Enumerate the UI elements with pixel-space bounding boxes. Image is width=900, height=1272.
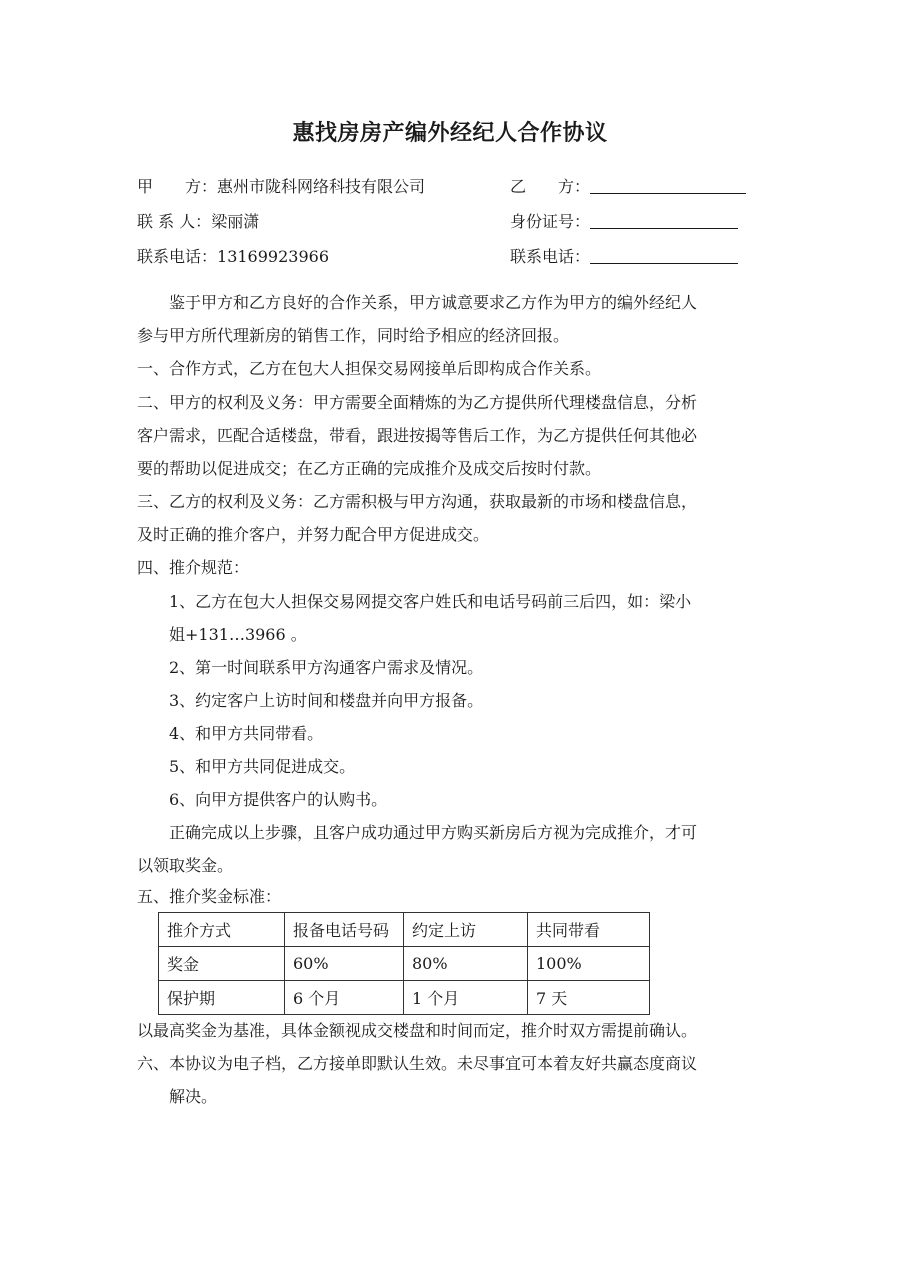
party-a-label-char1: 甲 [137, 177, 153, 196]
section-4-item-1a: 1、乙方在包大人担保交易网提交客户姓氏和电话号码前三后四，如：梁小 [169, 591, 691, 613]
agreement-page: 惠找房房产编外经纪人合作协议 甲方：惠州市陇科网络科技有限公司 乙方： 联 系 … [0, 0, 900, 1272]
section-4-item-6: 6、向甲方提供客户的认购书。 [169, 789, 387, 811]
party-a-contact-name: 梁丽潇 [211, 212, 259, 231]
table-cell: 1 个月 [404, 981, 528, 1015]
section-6-line-1: 六、本协议为电子档，乙方接单即默认生效。未尽事宜可本着友好共赢态度商议 [137, 1053, 697, 1075]
section-3-line-1: 三、乙方的权利及义务：乙方需积极与甲方沟通，获取最新的市场和楼盘信息， [137, 491, 697, 513]
table-cell: 保护期 [159, 981, 285, 1015]
section-4-item-1b: 姐+131…3966 。 [169, 624, 307, 646]
section-2-line-3: 要的帮助以促进成交；在乙方正确的完成推介及成交后按时付款。 [137, 458, 601, 480]
section-5-heading: 五、推介奖金标准： [137, 886, 281, 908]
party-b-id-label: 身份证号： [510, 212, 590, 231]
party-a-row: 甲方：惠州市陇科网络科技有限公司 [137, 176, 425, 198]
party-b-label-char1: 乙 [510, 177, 526, 196]
section-4-heading: 四、推介规范： [137, 557, 249, 579]
section-4-item-3: 3、约定客户上访时间和楼盘并向甲方报备。 [169, 690, 483, 712]
section-1: 一、合作方式，乙方在包大人担保交易网接单后即构成合作关系。 [137, 358, 601, 380]
section-3-line-2: 及时正确的推介客户，并努力配合甲方促进成交。 [137, 524, 489, 546]
party-a-contact-label: 联 系 人： [137, 212, 211, 231]
section-4-item-2: 2、第一时间联系甲方沟通客户需求及情况。 [169, 657, 483, 679]
table-header-cell: 约定上访 [404, 913, 528, 947]
table-row: 奖金 60% 80% 100% [159, 947, 650, 981]
party-a-phone-row: 联系电话：13169923966 [137, 246, 329, 268]
document-title: 惠找房房产编外经纪人合作协议 [0, 116, 900, 147]
intro-line-2: 参与甲方所代理新房的销售工作，同时给予相应的经济回报。 [137, 325, 569, 347]
intro-line-1: 鉴于甲方和乙方良好的合作关系，甲方诚意要求乙方作为甲方的编外经纪人 [169, 292, 697, 314]
party-b-phone-blank[interactable] [590, 247, 738, 264]
table-header-cell: 共同带看 [528, 913, 650, 947]
party-a-phone: 13169923966 [217, 247, 329, 266]
party-a-name: 惠州市陇科网络科技有限公司 [217, 177, 425, 196]
table-header-cell: 报备电话号码 [285, 913, 404, 947]
section-2-line-2: 客户需求，匹配合适楼盘，带看，跟进按揭等售后工作，为乙方提供任何其他必 [137, 425, 697, 447]
table-cell: 6 个月 [285, 981, 404, 1015]
section-4-note-line-2: 以领取奖金。 [137, 855, 233, 877]
party-b-name-blank[interactable] [590, 177, 746, 194]
table-row: 保护期 6 个月 1 个月 7 天 [159, 981, 650, 1015]
table-header-row: 推介方式 报备电话号码 约定上访 共同带看 [159, 913, 650, 947]
party-a-contact-row: 联 系 人：梁丽潇 [137, 211, 259, 233]
party-b-phone-row: 联系电话： [510, 246, 738, 268]
section-6-line-2: 解决。 [169, 1086, 217, 1108]
party-a-phone-label: 联系电话： [137, 247, 217, 266]
table-cell: 80% [404, 947, 528, 981]
party-b-id-blank[interactable] [590, 212, 738, 229]
table-header-cell: 推介方式 [159, 913, 285, 947]
party-b-label-char2: 方： [558, 177, 590, 196]
table-cell: 奖金 [159, 947, 285, 981]
section-5-note: 以最高奖金为基准，具体金额视成交楼盘和时间而定，推介时双方需提前确认。 [137, 1020, 697, 1042]
reward-table: 推介方式 报备电话号码 约定上访 共同带看 奖金 60% 80% 100% 保护… [158, 912, 650, 1015]
party-b-id-row: 身份证号： [510, 211, 738, 233]
party-b-row: 乙方： [510, 176, 746, 198]
party-b-phone-label: 联系电话： [510, 247, 590, 266]
table-cell: 100% [528, 947, 650, 981]
section-4-item-5: 5、和甲方共同促进成交。 [169, 756, 355, 778]
section-4-item-4: 4、和甲方共同带看。 [169, 723, 323, 745]
table-cell: 7 天 [528, 981, 650, 1015]
section-4-note-line-1: 正确完成以上步骤，且客户成功通过甲方购买新房后方视为完成推介，才可 [169, 822, 697, 844]
table-cell: 60% [285, 947, 404, 981]
party-a-label-char2: 方： [185, 177, 217, 196]
section-2-line-1: 二、甲方的权利及义务：甲方需要全面精炼的为乙方提供所代理楼盘信息，分析 [137, 392, 697, 414]
